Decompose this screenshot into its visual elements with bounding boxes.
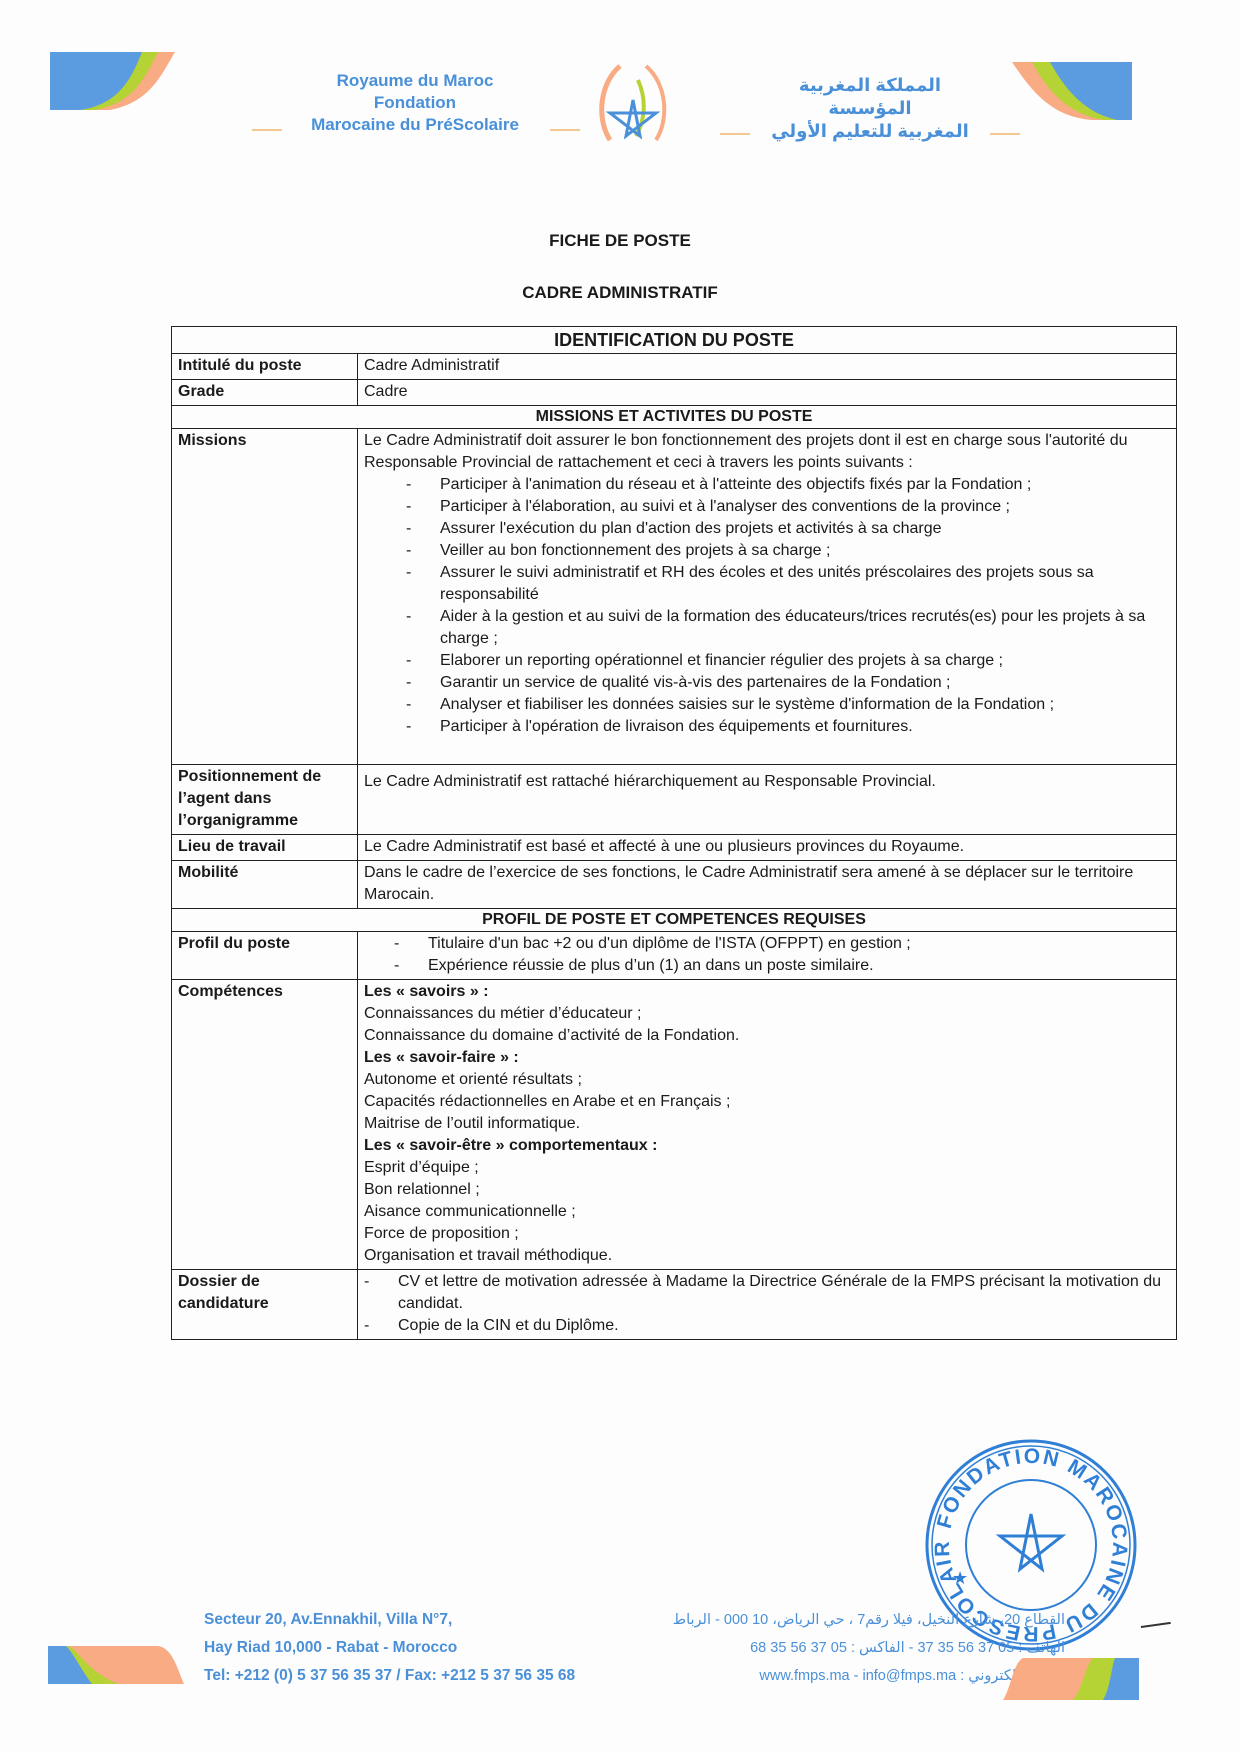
missions-label: Missions <box>172 429 358 765</box>
list-item: Capacités rédactionnelles en Arabe et en… <box>364 1091 1170 1113</box>
list-item: Elaborer un reporting opérationnel et fi… <box>406 650 1170 672</box>
savoirs-heading: Les « savoirs » : <box>364 981 1170 1003</box>
list-item: CV et lettre de motivation adressée à Ma… <box>364 1271 1170 1315</box>
footer-fr-line: Secteur 20, Av.Ennakhil, Villa N°7, <box>204 1606 575 1634</box>
list-item: Copie de la CIN et du Diplôme. <box>364 1315 1170 1337</box>
section-profil: PROFIL DE POSTE ET COMPETENCES REQUISES <box>172 909 1177 932</box>
job-description-table: IDENTIFICATION DU POSTE Intitulé du post… <box>171 326 1177 1340</box>
header-fr-line: Fondation <box>280 92 550 114</box>
header-rule <box>550 129 580 131</box>
list-item: Connaissances du métier d’éducateur ; <box>364 1003 1170 1025</box>
fmps-star-logo-icon <box>598 58 668 153</box>
header-french-title: Royaume du Maroc Fondation Marocaine du … <box>280 70 550 136</box>
header-ar-line: المملكة المغربية <box>720 74 1020 97</box>
table-row-missions: Missions Le Cadre Administratif doit ass… <box>172 429 1177 765</box>
list-item: Aider à la gestion et au suivi de la for… <box>406 606 1170 650</box>
svg-text:★: ★ <box>952 1568 968 1589</box>
intitule-value: Cadre Administratif <box>358 354 1177 380</box>
document-title: FICHE DE POSTE <box>0 231 1240 251</box>
mobilite-label: Mobilité <box>172 861 358 909</box>
list-item: Aisance communicationnelle ; <box>364 1201 1170 1223</box>
list-item: Participer à l'animation du réseau et à … <box>406 474 1170 496</box>
dossier-list: CV et lettre de motivation adressée à Ma… <box>364 1271 1170 1337</box>
profil-label: Profil du poste <box>172 932 358 980</box>
lieu-value: Le Cadre Administratif est basé et affec… <box>358 835 1177 861</box>
list-item: Garantir un service de qualité vis-à-vis… <box>406 672 1170 694</box>
positionnement-value: Le Cadre Administratif est rattaché hiér… <box>358 765 1177 835</box>
signature-mark-icon <box>1139 1610 1171 1628</box>
competences-label: Compétences <box>172 980 358 1270</box>
list-item: Connaissance du domaine d’activité de la… <box>364 1025 1170 1047</box>
header-rule <box>720 133 750 135</box>
dossier-label: Dossier de candidature <box>172 1270 358 1340</box>
list-item: Organisation et travail méthodique. <box>364 1245 1170 1267</box>
header-color-band-left <box>50 52 180 112</box>
footer-color-band-left <box>48 1646 184 1686</box>
section-missions: MISSIONS ET ACTIVITES DU POSTE <box>172 406 1177 429</box>
grade-label: Grade <box>172 380 358 406</box>
table-row-lieu: Lieu de travail Le Cadre Administratif e… <box>172 835 1177 861</box>
header-arabic-title: المملكة المغربية المؤسسة المغربية للتعلي… <box>720 74 1020 143</box>
list-item: Bon relationnel ; <box>364 1179 1170 1201</box>
header-ar-line: المؤسسة <box>720 97 1020 120</box>
list-item: Assurer le suivi administratif et RH des… <box>406 562 1170 606</box>
missions-intro: Le Cadre Administratif doit assurer le b… <box>364 430 1170 474</box>
section-identification: IDENTIFICATION DU POSTE <box>172 327 1177 354</box>
savoir-etre-heading: Les « savoir-être » comportementaux : <box>364 1135 1170 1157</box>
list-item: Force de proposition ; <box>364 1223 1170 1245</box>
footer-color-band-right <box>1003 1658 1139 1700</box>
footer-ar-line: القطاع 20، شارع النخيل، فيلا رقم7 ، حي ا… <box>665 1606 1065 1634</box>
list-item: Veiller au bon fonctionnement des projet… <box>406 540 1170 562</box>
list-item: Expérience réussie de plus d’un (1) an d… <box>394 955 1170 977</box>
header-ar-line: المغربية للتعليم الأولي <box>720 120 1020 143</box>
profil-list: Titulaire d'un bac +2 ou d'un diplôme de… <box>394 933 1170 977</box>
table-row-dossier: Dossier de candidature CV et lettre de m… <box>172 1270 1177 1340</box>
header-rule <box>990 133 1020 135</box>
list-item: Assurer l'exécution du plan d'action des… <box>406 518 1170 540</box>
header-fr-line: Marocaine du PréScolaire <box>280 114 550 136</box>
intitule-label: Intitulé du poste <box>172 354 358 380</box>
list-item: Esprit d’équipe ; <box>364 1157 1170 1179</box>
document-subtitle: CADRE ADMINISTRATIF <box>0 283 1240 303</box>
grade-value: Cadre <box>358 380 1177 406</box>
missions-list: Participer à l'animation du réseau et à … <box>406 474 1170 738</box>
lieu-label: Lieu de travail <box>172 835 358 861</box>
positionnement-label: Positionnement de l’agent dans l’organig… <box>172 765 358 835</box>
table-row-competences: Compétences Les « savoirs » : Connaissan… <box>172 980 1177 1270</box>
list-item: Autonome et orienté résultats ; <box>364 1069 1170 1091</box>
footer-fr-line: Hay Riad 10,000 - Rabat - Morocco <box>204 1634 575 1662</box>
list-item: Participer à l'opération de livraison de… <box>406 716 1170 738</box>
table-row-intitule: Intitulé du poste Cadre Administratif <box>172 354 1177 380</box>
list-item: Titulaire d'un bac +2 ou d'un diplôme de… <box>394 933 1170 955</box>
header-fr-line: Royaume du Maroc <box>280 70 550 92</box>
savoir-faire-heading: Les « savoir-faire » : <box>364 1047 1170 1069</box>
table-row-mobilite: Mobilité Dans le cadre de l’exercice de … <box>172 861 1177 909</box>
mobilite-value: Dans le cadre de l’exercice de ses fonct… <box>358 861 1177 909</box>
list-item: Participer à l'élaboration, au suivi et … <box>406 496 1170 518</box>
table-row-grade: Grade Cadre <box>172 380 1177 406</box>
header-color-band-right <box>1012 62 1132 120</box>
table-row-positionnement: Positionnement de l’agent dans l’organig… <box>172 765 1177 835</box>
header-rule <box>252 129 282 131</box>
list-item: Analyser et fiabiliser les données saisi… <box>406 694 1170 716</box>
table-row-profil: Profil du poste Titulaire d'un bac +2 ou… <box>172 932 1177 980</box>
list-item: Maitrise de l’outil informatique. <box>364 1113 1170 1135</box>
footer-fr-line: Tel: +212 (0) 5 37 56 35 37 / Fax: +212 … <box>204 1662 575 1690</box>
footer-address-fr: Secteur 20, Av.Ennakhil, Villa N°7, Hay … <box>204 1606 575 1690</box>
